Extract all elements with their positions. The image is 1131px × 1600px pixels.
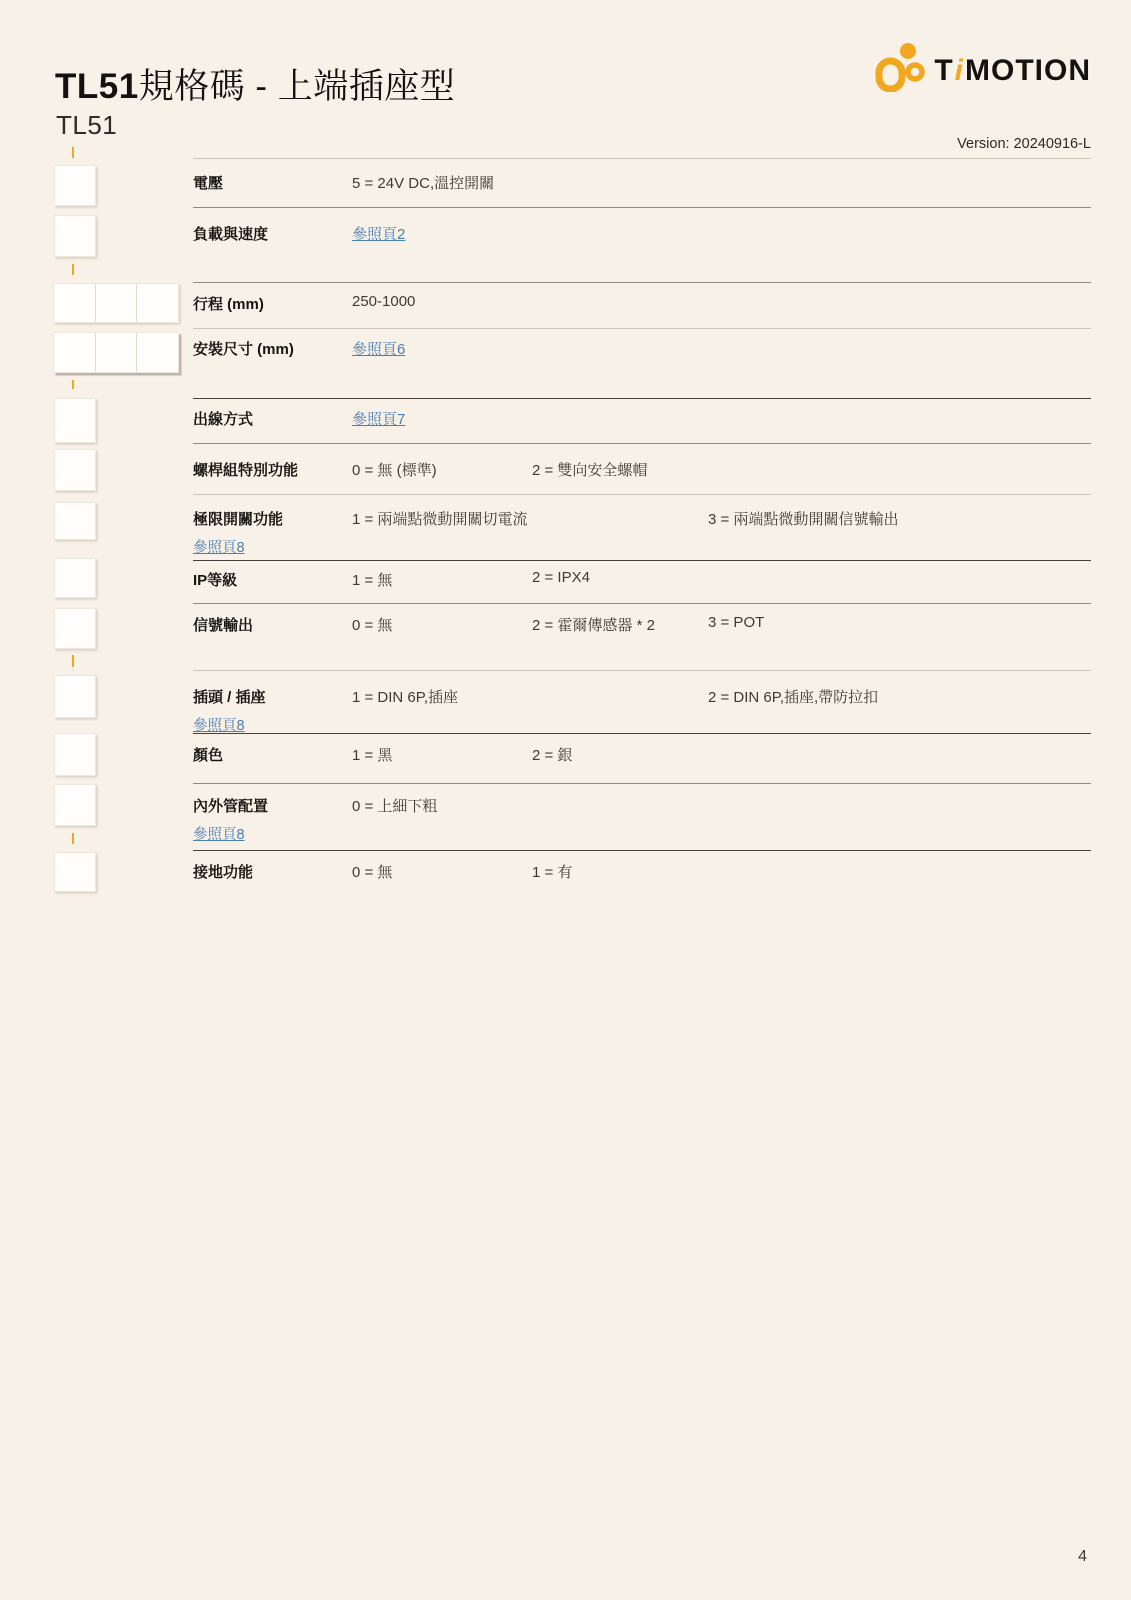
connector-tick xyxy=(72,833,74,844)
spec-row-mounting-dim: 安裝尺寸 (mm) 參照頁6 xyxy=(193,328,1091,398)
spec-row-cable-exit: 出線方式 參照頁7 xyxy=(193,398,1091,443)
spec-code-box-limit-switch xyxy=(54,502,96,540)
spec-row-limit-switch: 極限開關功能 參照頁8 1 = 兩端點微動開關切電流 3 = 兩端點微動開關信號… xyxy=(193,494,1091,560)
spec-row-grounding: 接地功能 0 = 無 1 = 有 xyxy=(193,850,1091,905)
spec-label: 出線方式 xyxy=(193,408,348,429)
spec-option: 0 = 無 (標準) xyxy=(352,459,437,480)
spec-option: 5 = 24V DC,溫控開關 xyxy=(352,172,494,193)
spec-code-box-grounding xyxy=(54,852,96,892)
connector-tick xyxy=(72,655,74,667)
spec-code-box-connector xyxy=(54,675,96,718)
connector-tick xyxy=(72,264,74,275)
page-ref-link[interactable]: 參照頁2 xyxy=(352,223,405,244)
spec-option: 1 = 有 xyxy=(532,861,572,882)
spec-row-voltage: 電壓 5 = 24V DC,溫控開關 xyxy=(193,158,1091,207)
spec-option: 1 = DIN 6P,插座 xyxy=(352,686,458,707)
spec-label: 行程 (mm) xyxy=(193,293,348,314)
page-number: 4 xyxy=(1078,1548,1087,1566)
spec-option: 3 = 兩端點微動開關信號輸出 xyxy=(708,508,898,529)
spec-row-load-speed: 負載與速度 參照頁2 xyxy=(193,207,1091,282)
page-title: TL51規格碼 - 上端插座型 xyxy=(55,67,455,107)
timotion-wordmark: TiMOTION xyxy=(934,54,1091,88)
spec-label: IP等級 xyxy=(193,569,348,590)
spec-option: 2 = 霍爾傳感器 * 2 xyxy=(532,614,655,635)
spec-label: 螺桿組特別功能 xyxy=(193,459,348,480)
spec-option: 2 = 銀 xyxy=(532,744,572,765)
spec-option: 1 = 黑 xyxy=(352,744,392,765)
spec-row-connector: 插頭 / 插座 參照頁8 1 = DIN 6P,插座 2 = DIN 6P,插座… xyxy=(193,670,1091,733)
code-cell xyxy=(137,284,178,322)
spec-option: 1 = 無 xyxy=(352,569,392,590)
page-ref-link[interactable]: 參照頁6 xyxy=(352,338,405,359)
product-code-label: TL51 xyxy=(56,110,117,141)
spec-option: 2 = 雙向安全螺帽 xyxy=(532,459,647,480)
spec-label: 插頭 / 插座 xyxy=(193,686,348,707)
spec-code-box-mounting-dim xyxy=(53,332,179,373)
code-cell xyxy=(96,284,138,322)
spec-label: 安裝尺寸 (mm) xyxy=(193,338,348,359)
wordmark-motion: MOTION xyxy=(965,54,1091,87)
page-ref-link[interactable]: 參照頁8 xyxy=(193,536,245,557)
spec-row-ip-rating: IP等級 1 = 無 2 = IPX4 xyxy=(193,560,1091,603)
spec-row-tube-config: 內外管配置 參照頁8 0 = 上細下粗 xyxy=(193,783,1091,850)
spec-label: 負載與速度 xyxy=(193,223,348,244)
code-cell xyxy=(137,333,178,372)
spec-option: 2 = DIN 6P,插座,帶防拉扣 xyxy=(708,686,878,707)
brand-logo: TiMOTION xyxy=(874,40,1091,92)
spec-row-signal-output: 信號輸出 0 = 無 2 = 霍爾傳感器 * 2 3 = POT xyxy=(193,603,1091,670)
spec-label: 信號輸出 xyxy=(193,614,348,635)
page-ref-link[interactable]: 參照頁7 xyxy=(352,408,405,429)
spec-code-box-ip-rating xyxy=(54,558,96,598)
code-cell xyxy=(54,284,96,322)
spec-label: 接地功能 xyxy=(193,861,348,882)
connector-tick xyxy=(72,380,74,389)
spec-row-stroke: 行程 (mm) 250-1000 xyxy=(193,282,1091,328)
connector-tick xyxy=(72,147,74,158)
spec-option: 3 = POT xyxy=(708,614,764,631)
spec-label: 內外管配置 xyxy=(193,795,348,816)
spec-option: 0 = 無 xyxy=(352,614,392,635)
spec-code-box-cable-exit xyxy=(54,398,96,443)
spec-option: 2 = IPX4 xyxy=(532,569,590,586)
wordmark-t: T xyxy=(934,54,953,87)
spec-label: 極限開關功能 xyxy=(193,508,348,529)
wordmark-i: i xyxy=(954,54,965,87)
spec-code-box-load-speed xyxy=(54,215,96,257)
spec-code-box-stroke xyxy=(53,283,179,323)
page-title-suffix: 規格碼 - 上端插座型 xyxy=(139,67,456,106)
page-ref-link[interactable]: 參照頁8 xyxy=(193,714,245,735)
spec-option: 0 = 無 xyxy=(352,861,392,882)
spec-code-box-tube-config xyxy=(54,784,96,826)
page-title-model: TL51 xyxy=(55,67,139,106)
page-ref-link[interactable]: 參照頁8 xyxy=(193,823,245,844)
timotion-logo-mark-icon xyxy=(874,40,928,92)
spec-option: 250-1000 xyxy=(352,293,415,310)
spec-option: 1 = 兩端點微動開關切電流 xyxy=(352,508,527,529)
spec-code-box-color xyxy=(54,733,96,776)
spec-option: 0 = 上細下粗 xyxy=(352,795,437,816)
spec-code-box-signal-output xyxy=(54,608,96,649)
spec-row-screw-function: 螺桿組特別功能 0 = 無 (標準) 2 = 雙向安全螺帽 xyxy=(193,443,1091,494)
spec-row-color: 顏色 1 = 黑 2 = 銀 xyxy=(193,733,1091,783)
spec-code-box-screw-function xyxy=(54,449,96,491)
version-label: Version: 20240916-L xyxy=(957,136,1091,152)
spec-code-box-voltage xyxy=(54,165,96,206)
spec-label: 顏色 xyxy=(193,744,348,765)
code-cell xyxy=(54,333,96,372)
code-cell xyxy=(96,333,138,372)
spec-label: 電壓 xyxy=(193,172,348,193)
